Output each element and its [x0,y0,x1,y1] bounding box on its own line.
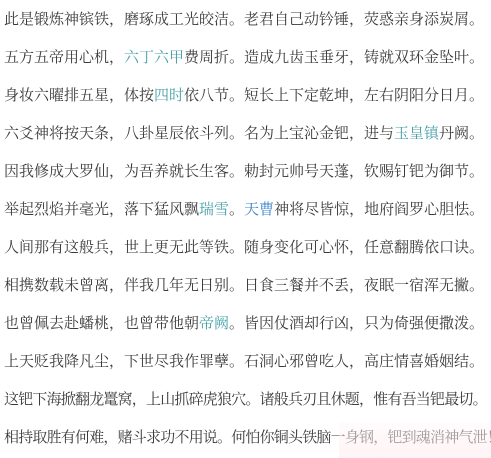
poem-text: 此是锻炼神镔铁，磨琢成工光皎洁。老君自己动钤锤，荧惑亲身添炭屑。五方五帝用心机，… [4,0,491,456]
poem-link[interactable]: 天曹 [244,200,274,218]
poem-line: 这钯下海掀翻龙鼍窝，上山抓碎虎狼穴。诸般兵刃且休题，惟有吾当钯最切。 [4,380,491,418]
poem-line: 相持取胜有何难，赌斗求功不用说。何怕你铜头铁脑一身钢，钯到魂消神气泄！ [4,418,491,456]
poem-text-segment: 。皆因仗酒却行凶，只为倚强便撒泼。 [229,314,484,332]
poem-text-segment: 神将尽皆惊，地府阎罗心胆怯。 [274,200,484,218]
poem-line: 也曾佩去赴蟠桃，也曾带他朝帝阙。皆因仗酒却行凶，只为倚强便撒泼。 [4,304,491,342]
poem-text-segment: 费周折。造成九齿玉垂牙，铸就双环金坠叶。 [184,48,484,66]
poem-text-segment: 上天贬我降凡尘，下世尽我作罪孽。石洞心邪曾吃人，高庄情喜婚姻结。 [4,352,484,370]
poem-text-segment: 。 [229,200,244,218]
poem-line: 相携数载未曾离，伴我几年无日别。日食三餐并不丢，夜眠一宿浑无撇。 [4,266,491,304]
poem-text-segment: 也曾佩去赴蟠桃，也曾带他朝 [4,314,199,332]
poem-line: 因我修成大罗仙，为吾养就长生客。勅封元帅号天蓬，钦赐钉钯为御节。 [4,152,491,190]
poem-line: 举起烈焰并毫光，落下猛风飘瑞雪。天曹神将尽皆惊，地府阎罗心胆怯。 [4,190,491,228]
poem-text-segment: 相携数载未曾离，伴我几年无日别。日食三餐并不丢，夜眠一宿浑无撇。 [4,276,484,294]
poem-line: 此是锻炼神镔铁，磨琢成工光皎洁。老君自己动钤锤，荧惑亲身添炭屑。 [4,0,491,38]
poem-text-segment: 依八节。短长上下定乾坤，左右阴阳分日月。 [184,86,484,104]
poem-text-segment: 此是锻炼神镔铁，磨琢成工光皎洁。老君自己动钤锤，荧惑亲身添炭屑。 [4,10,484,28]
poem-text-segment: 这钯下海掀翻龙鼍窝，上山抓碎虎狼穴。诸般兵刃且休题，惟有吾当钯最切。 [4,390,487,408]
poem-text-segment: 五方五帝用心机， [4,48,124,66]
poem-link[interactable]: 四时 [154,86,184,104]
poem-link[interactable]: 瑞雪 [199,200,229,218]
poem-line: 上天贬我降凡尘，下世尽我作罪孽。石洞心邪曾吃人，高庄情喜婚姻结。 [4,342,491,380]
poem-line: 身妆六曜排五星，体按四时依八节。短长上下定乾坤，左右阴阳分日月。 [4,76,491,114]
poem-link[interactable]: 帝阙 [199,314,229,332]
poem-text-segment: 举起烈焰并毫光，落下猛风飘 [4,200,199,218]
poem-text-segment: 身妆六曜排五星，体按 [4,86,154,104]
poem-line: 五方五帝用心机，六丁六甲费周折。造成九齿玉垂牙，铸就双环金坠叶。 [4,38,491,76]
poem-text-segment: 因我修成大罗仙，为吾养就长生客。勅封元帅号天蓬，钦赐钉钯为御节。 [4,162,484,180]
poem-link[interactable]: 玉皇镇 [394,124,439,142]
poem-link[interactable]: 六丁六甲 [124,48,184,66]
poem-text-segment: 六爻神将按天条，八卦星辰依斗列。名为上宝沁金钯，进与 [4,124,394,142]
poem-line: 人间那有这般兵，世上更无此等铁。随身变化可心怀，任意翻腾依口诀。 [4,228,491,266]
poem-text-segment: 相持取胜有何难，赌斗求功不用说。何怕你铜头铁脑一身钢，钯到魂消神气泄！ [4,428,491,446]
poem-text-segment: 丹阙。 [439,124,484,142]
poem-line: 六爻神将按天条，八卦星辰依斗列。名为上宝沁金钯，进与玉皇镇丹阙。 [4,114,491,152]
document-page: 此是锻炼神镔铁，磨琢成工光皎洁。老君自己动钤锤，荧惑亲身添炭屑。五方五帝用心机，… [0,0,491,458]
poem-text-segment: 人间那有这般兵，世上更无此等铁。随身变化可心怀，任意翻腾依口诀。 [4,238,484,256]
